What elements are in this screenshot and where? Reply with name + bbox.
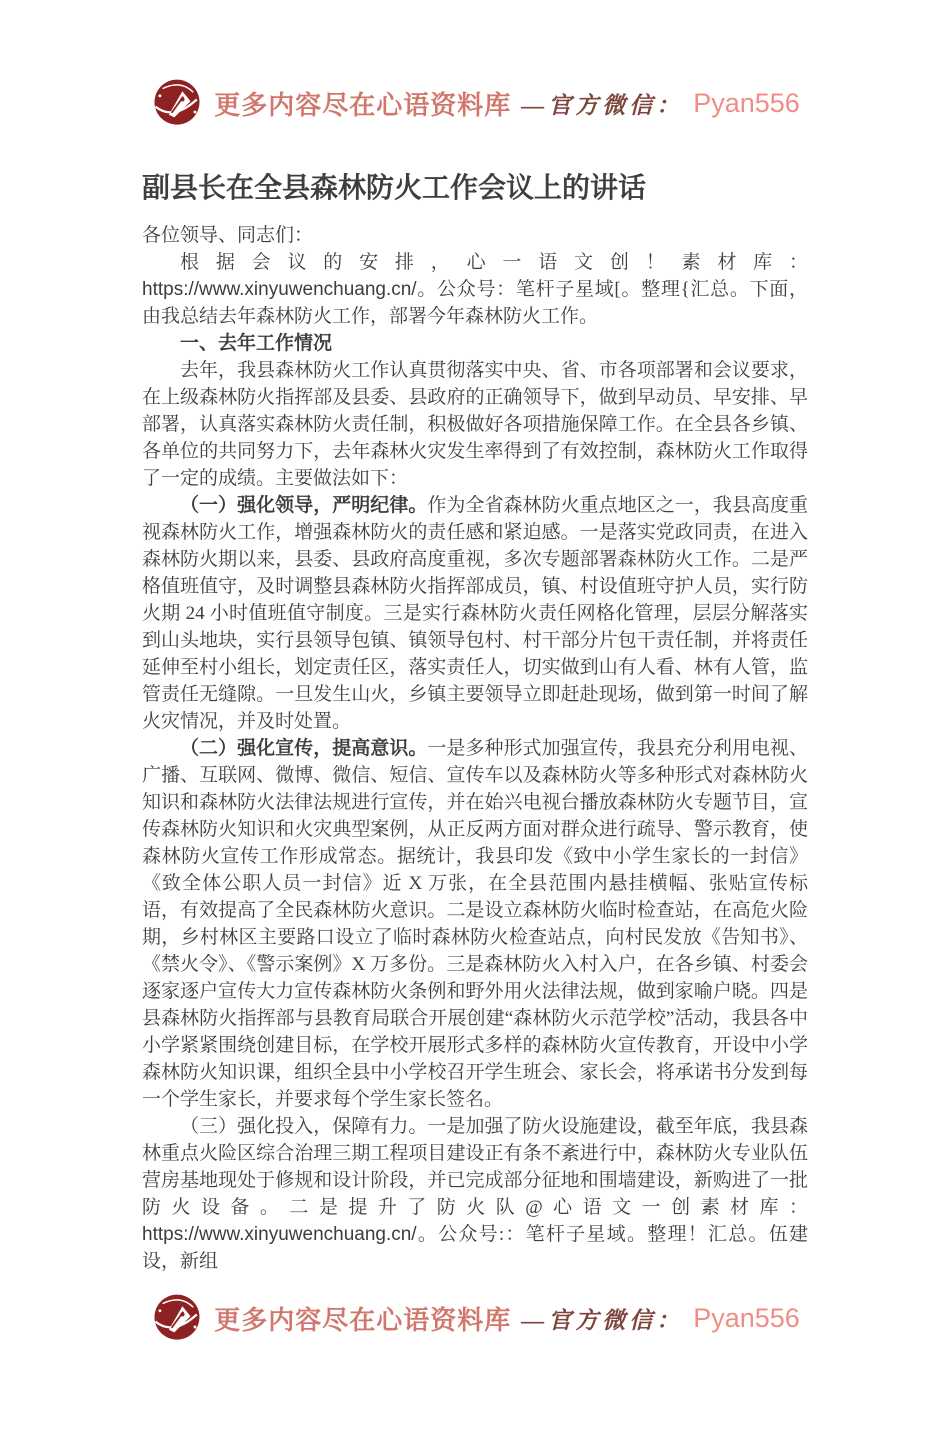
pen-logo-icon xyxy=(150,1291,204,1345)
paragraph-intro: 根据会议的安排，心一语文创！素材库：https://www.xinyuwench… xyxy=(142,249,808,330)
watermark-wechat-label: —官方微信： xyxy=(521,87,683,120)
point2-heading: （二）强化宣传，提高意识。 xyxy=(180,738,427,759)
paragraph-salutation: 各位领导、同志们： xyxy=(142,222,808,249)
point2-body: 一是多种形式加强宣传，我县充分利用电视、广播、互联网、微博、微信、短信、宣传车以… xyxy=(142,738,808,1110)
intro-text-pre: 根据会议的安排，心一语文创！素材库： xyxy=(180,252,808,273)
watermark-text: 更多内容尽在心语资料库 xyxy=(214,85,511,122)
pen-logo-icon xyxy=(150,76,204,130)
paragraph-point2: （二）强化宣传，提高意识。一是多种形式加强宣传，我县充分利用电视、广播、互联网、… xyxy=(142,735,808,1113)
header-watermark: 更多内容尽在心语资料库 —官方微信： Pyan556 xyxy=(0,0,950,130)
paragraph-overview: 去年，我县森林防火工作认真贯彻落实中央、省、市各项部署和会议要求，在上级森林防火… xyxy=(142,357,808,492)
point3-text-pre: （三）强化投入，保障有力。一是加强了防火设施建设，截至年底，我县森林重点火险区综… xyxy=(142,1116,808,1218)
document-title: 副县长在全县森林防火工作会议上的讲话 xyxy=(142,170,808,206)
paragraph-point3: （三）强化投入，保障有力。一是加强了防火设施建设，截至年底，我县森林重点火险区综… xyxy=(142,1113,808,1275)
footer-watermark: 更多内容尽在心语资料库 —官方微信： Pyan556 xyxy=(0,1291,950,1429)
document-body: 各位领导、同志们： 根据会议的安排，心一语文创！素材库：https://www.… xyxy=(142,222,808,1275)
point3-url-text: https://www.xinyuwenchuang.cn/ xyxy=(142,1224,417,1245)
document-page: 更多内容尽在心语资料库 —官方微信： Pyan556 副县长在全县森林防火工作会… xyxy=(0,0,950,1429)
document-content: 副县长在全县森林防火工作会议上的讲话 各位领导、同志们： 根据会议的安排，心一语… xyxy=(142,170,808,1275)
watermark-wechat-account: Pyan556 xyxy=(693,1303,800,1334)
point1-heading: （一）强化领导，严明纪律。 xyxy=(180,495,427,516)
intro-url-text: https://www.xinyuwenchuang.cn/ xyxy=(142,279,417,300)
watermark-text: 更多内容尽在心语资料库 xyxy=(214,1300,511,1337)
section-heading-last-year: 一、去年工作情况 xyxy=(142,330,808,357)
point1-body: 作为全省森林防火重点地区之一，我县高度重视森林防火工作，增强森林防火的责任感和紧… xyxy=(142,495,808,732)
watermark-wechat-label: —官方微信： xyxy=(521,1302,683,1335)
paragraph-point1: （一）强化领导，严明纪律。作为全省森林防火重点地区之一，我县高度重视森林防火工作… xyxy=(142,492,808,735)
watermark-wechat-account: Pyan556 xyxy=(693,88,800,119)
